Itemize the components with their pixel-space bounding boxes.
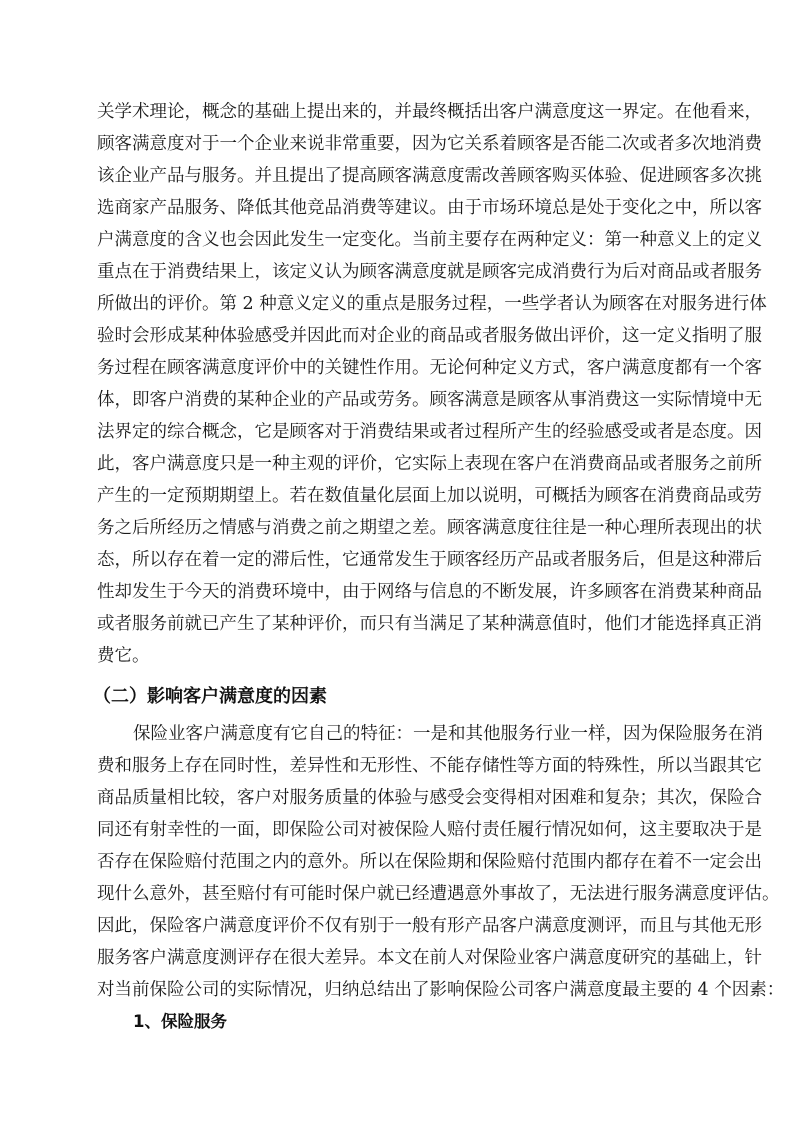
text-line: 选商家产品服务、降低其他竞品消费等建议。由于市场环境总是处于变化之中，所以客: [97, 192, 697, 224]
text-line: 务过程在顾客满意度评价中的关键性作用。无论何种定义方式，客户满意度都有一个客: [97, 352, 697, 384]
subsection-heading: 1、保险服务: [97, 1006, 697, 1038]
text-line: 顾客满意度对于一个企业来说非常重要，因为它关系着顾客是否能二次或者多次地消费: [97, 128, 697, 160]
section-heading: （二）影响客户满意度的因素: [93, 678, 697, 716]
text-line: 否存在保险赔付范围之内的意外。所以在保险期和保险赔付范围内都存在着不一定会出: [97, 846, 697, 878]
document-page: 关学术理论，概念的基础上提出来的，并最终概括出客户满意度这一界定。在他看来， 顾…: [97, 96, 697, 1038]
text-line: 对当前保险公司的实际情况，归纳总结出了影响保险公司客户满意度最主要的 4 个因素…: [97, 974, 697, 1006]
text-line: 验时会形成某种体验感受并因此而对企业的商品或者服务做出评价，这一定义指明了服: [97, 320, 697, 352]
text-line: 此，客户满意度只是一种主观的评价，它实际上表现在客户在消费商品或者服务之前所: [97, 448, 697, 480]
text-line: 态，所以存在着一定的滞后性，它通常发生于顾客经历产品或者服务后，但是这种滞后: [97, 544, 697, 576]
text-line: 保险业客户满意度有它自己的特征：一是和其他服务行业一样，因为保险服务在消: [97, 718, 697, 750]
text-line: 同还有射幸性的一面，即保险公司对被保险人赔付责任履行情况如何，这主要取决于是: [97, 814, 697, 846]
paragraph-customer-satisfaction-definition: 关学术理论，概念的基础上提出来的，并最终概括出客户满意度这一界定。在他看来， 顾…: [97, 96, 697, 672]
paragraph-insurance-satisfaction-factors: 保险业客户满意度有它自己的特征：一是和其他服务行业一样，因为保险服务在消 费和服…: [97, 718, 697, 1006]
text-line: 关学术理论，概念的基础上提出来的，并最终概括出客户满意度这一界定。在他看来，: [97, 96, 697, 128]
text-line: 产生的一定预期期望上。若在数值量化层面上加以说明，可概括为顾客在消费商品或劳: [97, 480, 697, 512]
text-line: 法界定的综合概念，它是顾客对于消费结果或者过程所产生的经验感受或者是态度。因: [97, 416, 697, 448]
text-line: 重点在于消费结果上，该定义认为顾客满意度就是顾客完成消费行为后对商品或者服务: [97, 256, 697, 288]
text-line: 户满意度的含义也会因此发生一定变化。当前主要存在两种定义：第一种意义上的定义: [97, 224, 697, 256]
text-line: 服务客户满意度测评存在很大差异。本文在前人对保险业客户满意度研究的基础上，针: [97, 942, 697, 974]
text-line: 所做出的评价。第 2 种意义定义的重点是服务过程，一些学者认为顾客在对服务进行体: [97, 288, 697, 320]
text-line: 或者服务前就已产生了某种评价，而只有当满足了某种满意值时，他们才能选择真正消: [97, 608, 697, 640]
text-line: 费它。: [97, 640, 697, 672]
text-line: 商品质量相比较，客户对服务质量的体验与感受会变得相对困难和复杂；其次，保险合: [97, 782, 697, 814]
text-line: 该企业产品与服务。并且提出了提高顾客满意度需改善顾客购买体验、促进顾客多次挑: [97, 160, 697, 192]
text-line: 因此，保险客户满意度评价不仅有别于一般有形产品客户满意度测评，而且与其他无形: [97, 910, 697, 942]
text-line: 性却发生于今天的消费环境中，由于网络与信息的不断发展，许多顾客在消费某种商品: [97, 576, 697, 608]
text-line: 现什么意外，甚至赔付有可能时保户就已经遭遇意外事故了，无法进行服务满意度评估。: [97, 878, 697, 910]
text-line: 务之后所经历之情感与消费之前之期望之差。顾客满意度往往是一种心理所表现出的状: [97, 512, 697, 544]
text-line: 费和服务上存在同时性，差异性和无形性、不能存储性等方面的特殊性，所以当跟其它: [97, 750, 697, 782]
text-line: 体，即客户消费的某种企业的产品或劳务。顾客满意是顾客从事消费这一实际情境中无: [97, 384, 697, 416]
